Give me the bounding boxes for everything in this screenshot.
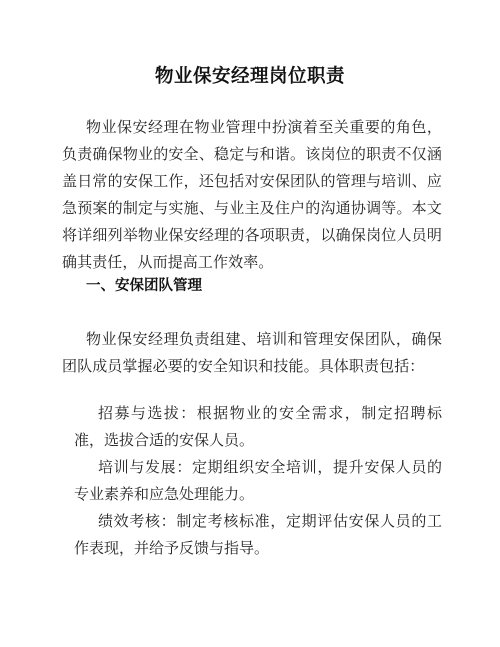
document-page: 物业保安经理岗位职责 物业保安经理在物业管理中扮演着至关重要的角色，负责确保物业…: [0, 0, 500, 647]
list-item-recruitment: 招募与选拔：根据物业的安全需求，制定招聘标准，选拔合适的安保人员。: [74, 400, 442, 454]
list-item-training: 培训与发展：定期组织安全培训，提升安保人员的专业素养和应急处理能力。: [74, 454, 442, 508]
intro-paragraph: 物业保安经理在物业管理中扮演着至关重要的角色，负责确保物业的安全、稳定与和谐。该…: [62, 114, 442, 276]
list-item-performance: 绩效考核：制定考核标准，定期评估安保人员的工作表现，并给予反馈与指导。: [74, 508, 442, 562]
section-heading: 一、安保团队管理: [86, 274, 202, 295]
document-title: 物业保安经理岗位职责: [0, 62, 500, 88]
section-intro-paragraph: 物业保安经理负责组建、培训和管理安保团队，确保团队成员掌握必要的安全知识和技能。…: [62, 326, 442, 380]
duty-list: 招募与选拔：根据物业的安全需求，制定招聘标准，选拔合适的安保人员。 培训与发展：…: [74, 400, 442, 562]
